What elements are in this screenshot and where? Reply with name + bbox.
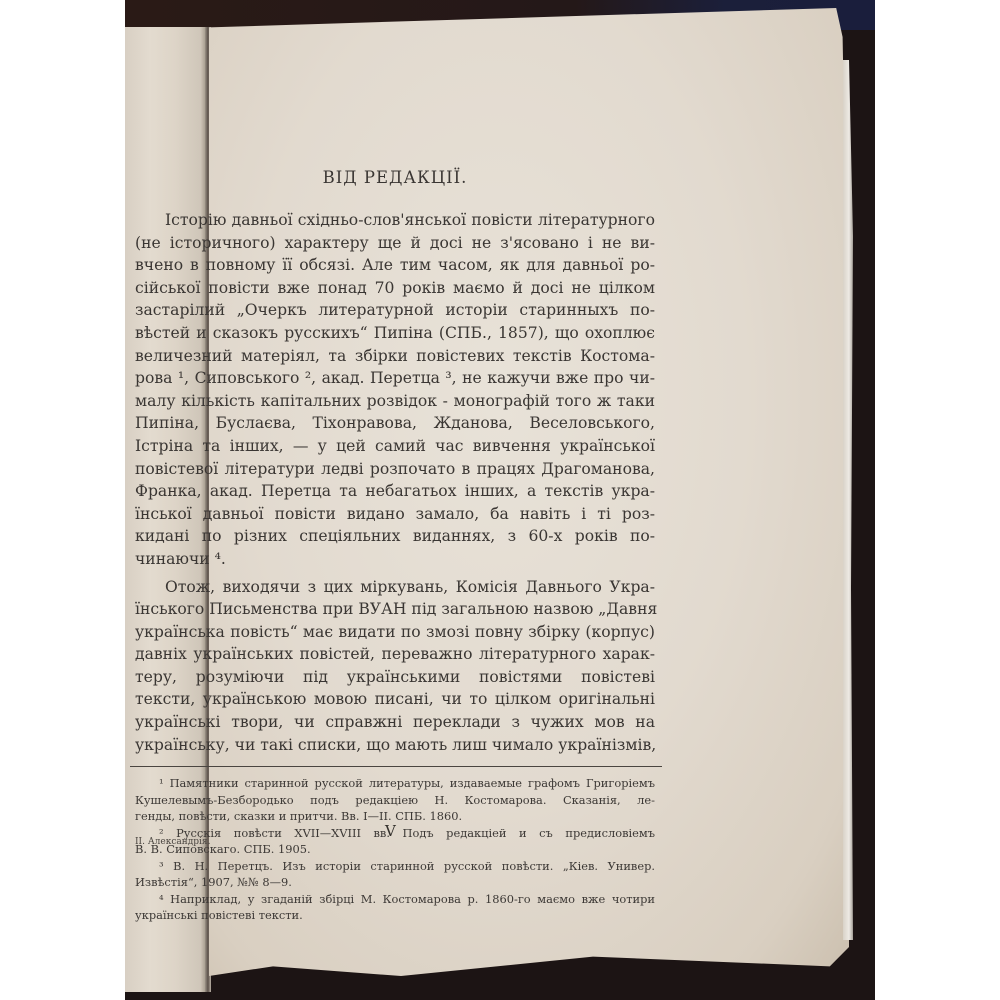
torn-page-edge: [843, 60, 853, 940]
footnote-line: ⁴ Наприклад, у згаданій збірці М. Костом…: [135, 891, 655, 908]
text-line: повістевої літератури ледві розпочато в …: [135, 458, 655, 481]
printer-signature: II. Александрія.: [135, 837, 210, 847]
footnote-line: Кушелевымъ-Безбородько подъ редакціею Н.…: [135, 792, 655, 809]
text-line: рова ¹, Сиповського ², акад. Перетца ³, …: [135, 367, 655, 390]
text-line: величезний матеріял, та збірки повістеви…: [135, 345, 655, 368]
footnote-line: ¹ Памятники старинной русской литературы…: [135, 775, 655, 792]
text-line: українська повість“ має видати по змозі …: [135, 621, 655, 644]
text-line: давніх українських повістей, переважно л…: [135, 643, 655, 666]
text-line: Історію давньої східньо-слов'янської пов…: [135, 209, 655, 232]
footnote: ³ В. Н. Перетцъ. Изъ исторіи старинной р…: [135, 858, 655, 891]
paragraph: Отож, виходячи з цих міркувань, Комісія …: [135, 576, 655, 757]
text-line: українські твори, чи справжні переклади …: [135, 711, 655, 734]
text-line: теру, розуміючи під українськими повістя…: [135, 666, 655, 689]
footnotes: ¹ Памятники старинной русской литературы…: [135, 775, 655, 924]
footnote-line: ³ В. Н. Перетцъ. Изъ исторіи старинной р…: [135, 858, 655, 875]
text-line: Отож, виходячи з цих міркувань, Комісія …: [135, 576, 655, 599]
text-line: малу кількість капітальних розвідок - мо…: [135, 390, 655, 413]
text-line: кидані по різних спеціяльних виданнях, з…: [135, 525, 655, 548]
text-line: Пипіна, Буслаєва, Тіхонравова, Жданова, …: [135, 412, 655, 435]
footnote-line: В. В. Сиповскаго. СПБ. 1905.: [135, 841, 655, 858]
paragraph: Історію давньої східньо-слов'янської пов…: [135, 209, 655, 571]
text-line: чинаючи ⁴.: [135, 548, 655, 571]
footnote-rule: [130, 766, 662, 767]
footnote-line: Извѣстія“, 1907, №№ 8—9.: [135, 874, 655, 891]
text-line: українську, чи такі списки, що мають лиш…: [135, 734, 655, 757]
text-line: сійської повісти вже понад 70 років маєм…: [135, 277, 655, 300]
text-line: Франка, акад. Перетца та небагатьох інши…: [135, 480, 655, 503]
footnote: ¹ Памятники старинной русской литературы…: [135, 775, 655, 825]
page-heading: ВІД РЕДАКЦІЇ.: [135, 168, 655, 187]
text-line: вѣстей и сказокъ русскихъ“ Пипіна (СПБ.,…: [135, 322, 655, 345]
text-line: їнської давньої повісти видано замало, б…: [135, 503, 655, 526]
page-text-block: ВІД РЕДАКЦІЇ. Історію давньої східньо-сл…: [135, 160, 655, 924]
text-line: тексти, українською мовою писані, чи то …: [135, 688, 655, 711]
text-line: вчено в повному її обсязі. Але тим часом…: [135, 254, 655, 277]
body-paragraphs: Історію давньої східньо-слов'янської пов…: [135, 209, 655, 756]
text-line: застарілий „Очеркъ литературной исторіи …: [135, 299, 655, 322]
page-number: V: [385, 822, 396, 840]
text-line: їнського Письменства при ВУАН під загаль…: [135, 598, 655, 621]
footnote: ⁴ Наприклад, у згаданій збірці М. Костом…: [135, 891, 655, 924]
text-line: Істріна та інших, — у цей самий час вивч…: [135, 435, 655, 458]
text-line: (не історичного) характеру ще й досі не …: [135, 232, 655, 255]
footnote-line: українські повістеві тексти.: [135, 907, 655, 924]
